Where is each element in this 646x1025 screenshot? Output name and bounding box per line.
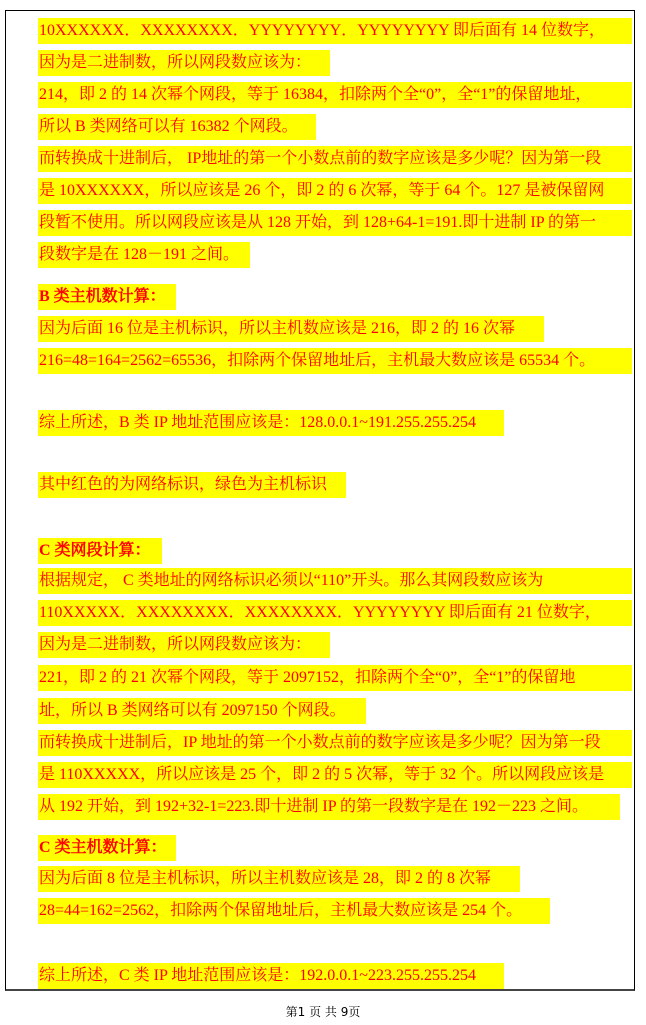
highlighted-text: 而转换成十进制后， IP地址的第一个小数点前的数字应该是多少呢？因为第一段 bbox=[38, 146, 632, 172]
highlighted-text: 是 10XXXXXX，所以应该是 26 个，即 2 的 6 次幂，等于 64 个… bbox=[38, 178, 632, 204]
highlighted-text: 址，所以 B 类网络可以有 2097150 个网段。 bbox=[38, 698, 366, 724]
text-line: 因为后面 8 位是主机标识，所以主机数应该是 28，即 2 的 8 次幂 bbox=[38, 866, 520, 892]
document-page: 10XXXXXX．XXXXXXXX．YYYYYYYY．YYYYYYYY 即后面有… bbox=[5, 10, 635, 991]
text-line: 而转换成十进制后，IP 地址的第一个小数点前的数字应该是多少呢？因为第一段 bbox=[38, 730, 632, 756]
highlighted-text: 综上所述，B 类 IP 地址范围应该是：128.0.0.1~191.255.25… bbox=[38, 410, 504, 436]
text-line: 221，即 2 的 21 次幂个网段，等于 2097152，扣除两个全“0”，全… bbox=[38, 665, 632, 691]
highlighted-text: 而转换成十进制后，IP 地址的第一个小数点前的数字应该是多少呢？因为第一段 bbox=[38, 730, 632, 756]
highlighted-text: 因为后面 8 位是主机标识，所以主机数应该是 28，即 2 的 8 次幂 bbox=[38, 866, 520, 892]
text-line: 址，所以 B 类网络可以有 2097150 个网段。 bbox=[38, 698, 366, 724]
highlighted-text: 综上所述，C 类 IP 地址范围应该是：192.0.0.1~223.255.25… bbox=[38, 963, 504, 989]
highlighted-text: 216=48=164=2562=65536，扣除两个保留地址后，主机最大数应该是… bbox=[38, 348, 632, 374]
text-line: 因为后面 16 位是主机标识，所以主机数应该是 216，即 2 的 16 次幂 bbox=[38, 316, 544, 342]
text-line: 214，即 2 的 14 次幂个网段，等于 16384，扣除两个全“0”，全“1… bbox=[38, 82, 632, 108]
highlighted-text: 10XXXXXX．XXXXXXXX．YYYYYYYY．YYYYYYYY 即后面有… bbox=[38, 18, 632, 44]
highlighted-text: C 类网段计算： bbox=[38, 538, 162, 564]
text-line: 28=44=162=2562，扣除两个保留地址后，主机最大数应该是 254 个。 bbox=[38, 898, 550, 924]
highlighted-text: B 类主机数计算： bbox=[38, 284, 176, 310]
section-heading: B 类主机数计算： bbox=[38, 284, 176, 310]
section-heading: C 类网段计算： bbox=[38, 538, 162, 564]
highlighted-text: 从 192 开始，到 192+32-1=223.即十进制 IP 的第一段数字是在… bbox=[38, 794, 620, 820]
highlighted-text: 221，即 2 的 21 次幂个网段，等于 2097152，扣除两个全“0”，全… bbox=[38, 665, 632, 691]
highlighted-text: 其中红色的为网络标识，绿色为主机标识 bbox=[38, 472, 346, 498]
section-heading: C 类主机数计算： bbox=[38, 835, 176, 861]
text-line: 而转换成十进制后， IP地址的第一个小数点前的数字应该是多少呢？因为第一段 bbox=[38, 146, 632, 172]
highlighted-text: 因为是二进制数，所以网段数应该为： bbox=[38, 50, 330, 76]
highlighted-text: 因为是二进制数，所以网段数应该为： bbox=[38, 632, 330, 658]
text-line: 110XXXXX．XXXXXXXX．XXXXXXXX．YYYYYYYY 即后面有… bbox=[38, 600, 632, 626]
highlighted-text: 110XXXXX．XXXXXXXX．XXXXXXXX．YYYYYYYY 即后面有… bbox=[38, 600, 632, 626]
text-line: 综上所述，C 类 IP 地址范围应该是：192.0.0.1~223.255.25… bbox=[38, 963, 504, 989]
text-line: 因为是二进制数，所以网段数应该为： bbox=[38, 632, 330, 658]
text-line: 216=48=164=2562=65536，扣除两个保留地址后，主机最大数应该是… bbox=[38, 348, 632, 374]
text-line: 段数字是在 128－191 之间。 bbox=[38, 242, 250, 268]
text-line: 10XXXXXX．XXXXXXXX．YYYYYYYY．YYYYYYYY 即后面有… bbox=[38, 18, 632, 44]
text-line: 其中红色的为网络标识，绿色为主机标识 bbox=[38, 472, 346, 498]
highlighted-text: 所以 B 类网络可以有 16382 个网段。 bbox=[38, 114, 316, 140]
highlighted-text: C 类主机数计算： bbox=[38, 835, 176, 861]
highlighted-text: 段暂不使用。所以网段应该是从 128 开始，到 128+64-1=191.即十进… bbox=[38, 210, 632, 236]
highlighted-text: 因为后面 16 位是主机标识，所以主机数应该是 216，即 2 的 16 次幂 bbox=[38, 316, 544, 342]
highlighted-text: 是 110XXXXX，所以应该是 25 个，即 2 的 5 次幂，等于 32 个… bbox=[38, 762, 632, 788]
page-number-footer: 第1 页 共 9页 bbox=[0, 1003, 646, 1020]
highlighted-text: 28=44=162=2562，扣除两个保留地址后，主机最大数应该是 254 个。 bbox=[38, 898, 550, 924]
text-line: 段暂不使用。所以网段应该是从 128 开始，到 128+64-1=191.即十进… bbox=[38, 210, 632, 236]
highlighted-text: 根据规定， C 类地址的网络标识必须以“110”开头。那么其网段数应该为 bbox=[38, 568, 632, 594]
text-line: 综上所述，B 类 IP 地址范围应该是：128.0.0.1~191.255.25… bbox=[38, 410, 504, 436]
text-line: 根据规定， C 类地址的网络标识必须以“110”开头。那么其网段数应该为 bbox=[38, 568, 632, 594]
highlighted-text: 段数字是在 128－191 之间。 bbox=[38, 242, 250, 268]
text-line: 是 110XXXXX，所以应该是 25 个，即 2 的 5 次幂，等于 32 个… bbox=[38, 762, 632, 788]
text-line: 因为是二进制数，所以网段数应该为： bbox=[38, 50, 330, 76]
text-line: 是 10XXXXXX，所以应该是 26 个，即 2 的 6 次幂，等于 64 个… bbox=[38, 178, 632, 204]
highlighted-text: 214，即 2 的 14 次幂个网段，等于 16384，扣除两个全“0”，全“1… bbox=[38, 82, 632, 108]
text-line: 所以 B 类网络可以有 16382 个网段。 bbox=[38, 114, 316, 140]
text-line: 从 192 开始，到 192+32-1=223.即十进制 IP 的第一段数字是在… bbox=[38, 794, 620, 820]
